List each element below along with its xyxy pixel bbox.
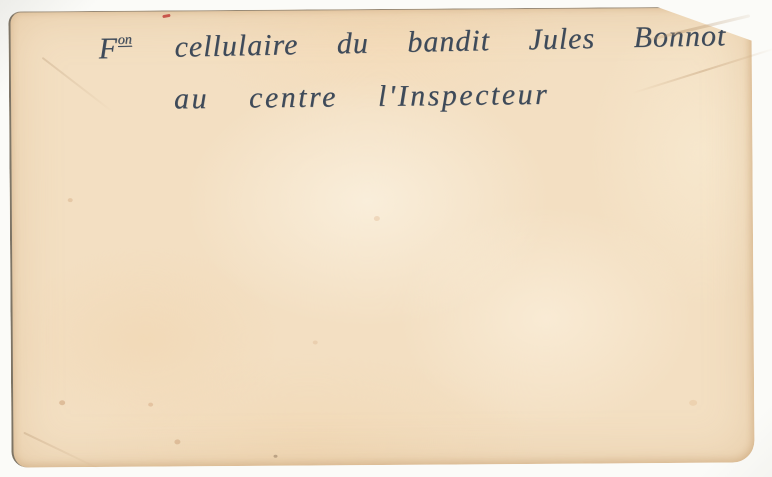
foxing-spot bbox=[174, 439, 180, 444]
caption-abbreviation-superscript: on bbox=[118, 33, 132, 48]
foxing-spot bbox=[274, 455, 278, 458]
caption-abbreviation-initial: F bbox=[98, 32, 118, 65]
postcard-back: Fon cellulaire du bandit Jules Bonnot au… bbox=[8, 6, 754, 467]
foxing-spot bbox=[689, 400, 697, 406]
caption-line-1: Fon cellulaire du bandit Jules Bonnot bbox=[98, 19, 726, 66]
foxing-spot bbox=[148, 403, 153, 407]
scanner-background: Fon cellulaire du bandit Jules Bonnot au… bbox=[0, 0, 772, 477]
caption-line-2: au centre l'Inspecteur bbox=[174, 78, 550, 117]
foxing-spot bbox=[374, 216, 380, 221]
foxing-spot bbox=[68, 198, 73, 202]
handwritten-caption: Fon cellulaire du bandit Jules Bonnot au… bbox=[10, 7, 754, 467]
foxing-spot bbox=[313, 340, 318, 344]
foxing-spot bbox=[59, 400, 65, 405]
